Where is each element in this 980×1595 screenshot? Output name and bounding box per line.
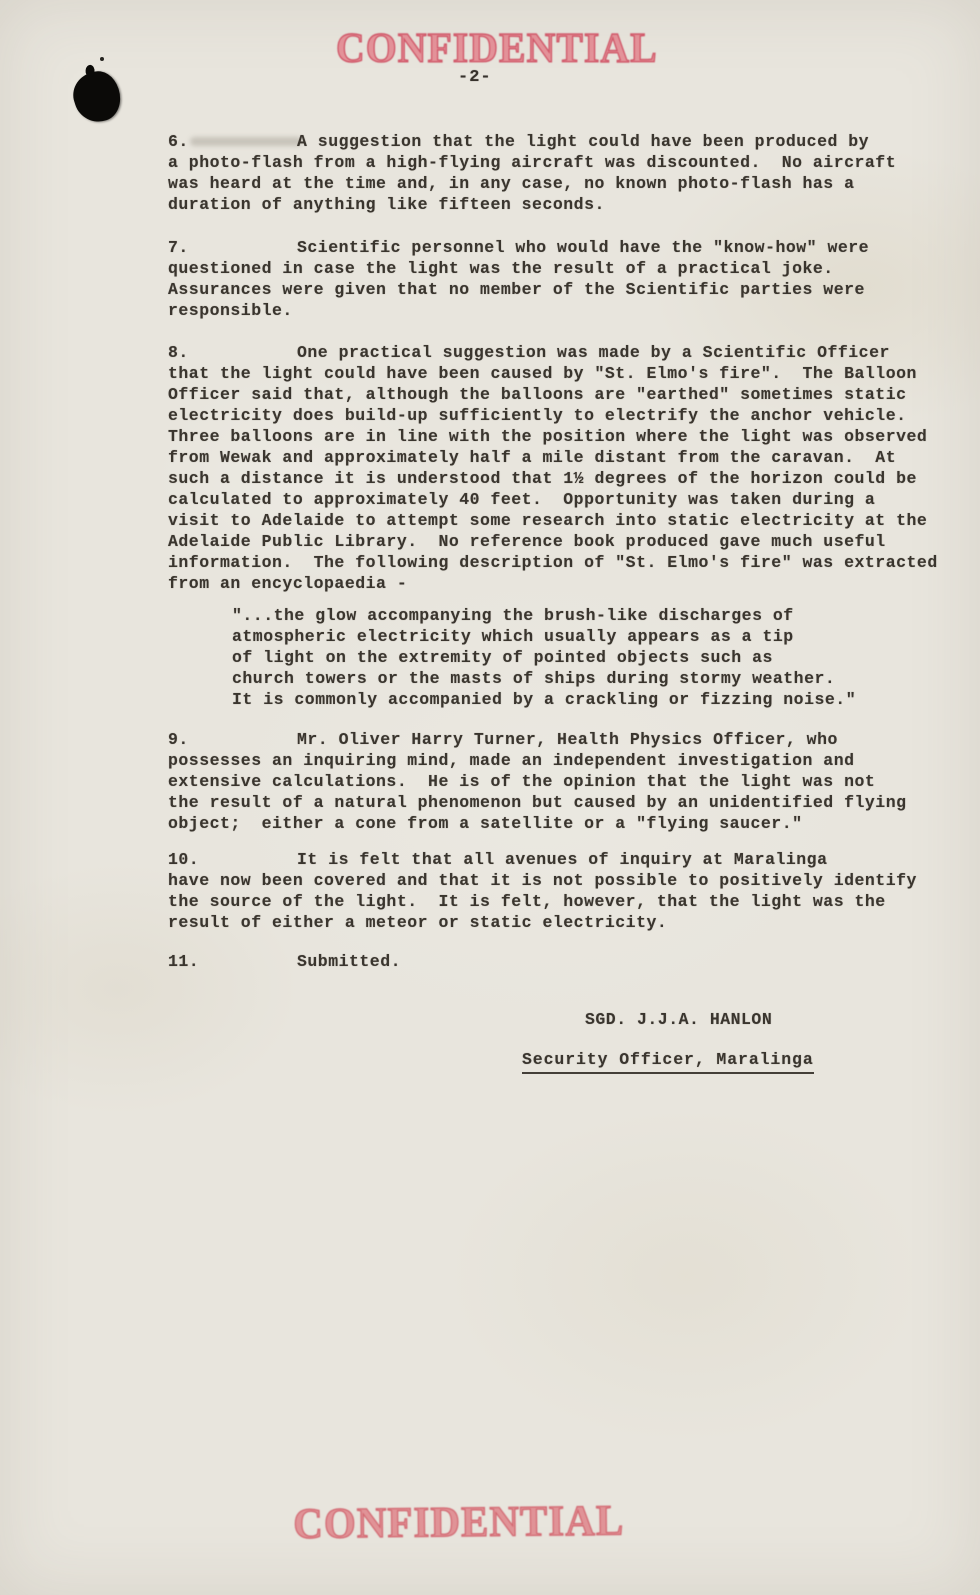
document-page: CONFIDENTIAL -2- 6. A suggestion that th… <box>0 0 980 1595</box>
paragraph-8-number: 8. <box>168 342 189 363</box>
paragraph-7-number: 7. <box>168 237 189 258</box>
ink-blot <box>67 66 126 128</box>
paragraph-10-text: It is felt that all avenues of inquiry a… <box>168 849 974 933</box>
paragraph-6: 6. A suggestion that the light could hav… <box>168 131 974 215</box>
paragraph-11: 11. Submitted. <box>168 951 974 972</box>
paragraph-6-text: A suggestion that the light could have b… <box>168 131 974 215</box>
signature-signed: SGD. J.J.A. HANLON <box>585 1010 772 1029</box>
confidential-stamp-bottom: CONFIDENTIAL <box>293 1495 624 1549</box>
paragraph-11-text: Submitted. <box>168 951 974 972</box>
paragraph-7: 7. Scientific personnel who would have t… <box>168 237 974 321</box>
signature-title: Security Officer, Maralinga <box>522 1050 814 1074</box>
document-body: 6. A suggestion that the light could hav… <box>168 0 974 1595</box>
paragraph-11-number: 11. <box>168 951 199 972</box>
paragraph-9-text: Mr. Oliver Harry Turner, Health Physics … <box>168 729 974 834</box>
ink-speck <box>100 57 104 61</box>
paragraph-6-number: 6. <box>168 131 189 152</box>
paragraph-9-number: 9. <box>168 729 189 750</box>
paragraph-8: 8. One practical suggestion was made by … <box>168 342 974 594</box>
paragraph-10: 10. It is felt that all avenues of inqui… <box>168 849 974 933</box>
encyclopaedia-quote: "...the glow accompanying the brush-like… <box>232 605 932 710</box>
paragraph-10-number: 10. <box>168 849 199 870</box>
paragraph-9: 9. Mr. Oliver Harry Turner, Health Physi… <box>168 729 974 834</box>
paragraph-8-text: One practical suggestion was made by a S… <box>168 342 974 594</box>
paragraph-7-text: Scientific personnel who would have the … <box>168 237 974 321</box>
